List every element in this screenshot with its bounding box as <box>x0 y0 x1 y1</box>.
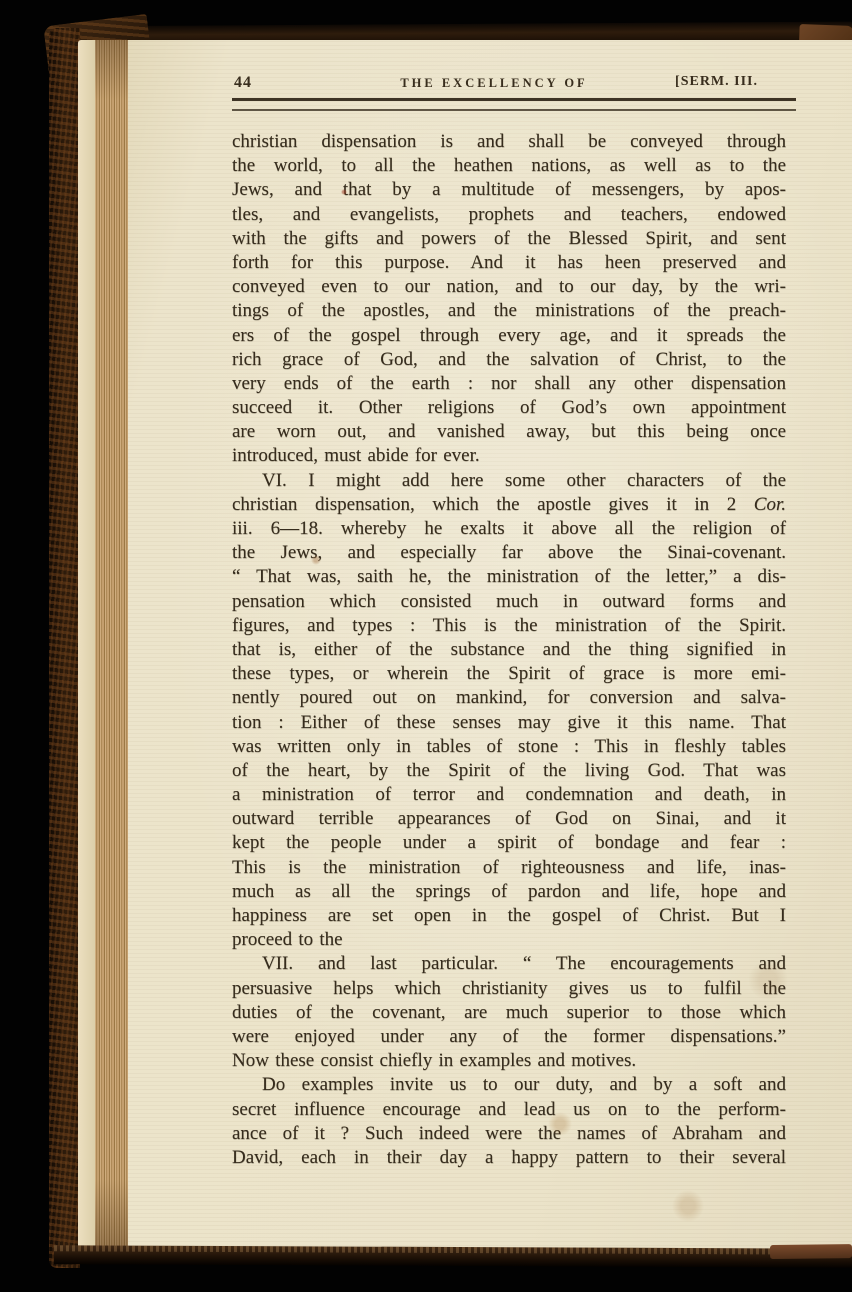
text-line: forth for this purpose. And it has heen … <box>232 251 786 275</box>
text-line: were enjoyed under any of the former dis… <box>232 1025 786 1049</box>
text-line: ance of it ? Such indeed were the names … <box>232 1122 786 1146</box>
text-line: ers of the gospel through every age, and… <box>232 324 786 348</box>
text-line: a ministration of terror and condemnatio… <box>232 783 786 807</box>
text-line: kept the people under a spirit of bondag… <box>232 831 786 855</box>
text-line: much as all the springs of pardon and li… <box>232 880 786 904</box>
text-line: iii. 6—18. whereby he exalts it above al… <box>232 517 786 541</box>
text-line: succeed it. Other religions of God’s own… <box>232 396 786 420</box>
text-line: are worn out, and vanished away, but thi… <box>232 420 786 444</box>
text-line: nently poured out on mankind, for conver… <box>232 686 786 710</box>
text-line: very ends of the earth : nor shall any o… <box>232 372 786 396</box>
text-line: was written only in tables of stone : Th… <box>232 735 786 759</box>
text-line: rich grace of God, and the salvation of … <box>232 348 786 372</box>
book-cover-bottom-edge <box>54 1245 852 1267</box>
page-header: 44 THE EXCELLENCY OF [SERM. III. <box>232 72 796 96</box>
text-line: tles, and evangelists, prophets and teac… <box>232 203 786 227</box>
text-line: VI. I might add here some other characte… <box>232 469 786 493</box>
text-line: the world, to all the heathen nations, a… <box>232 154 786 178</box>
text-line: of the heart, by the Spirit of the livin… <box>232 759 786 783</box>
text-line: with the gifts and powers of the Blessed… <box>232 227 786 251</box>
text-line: VII. and last particular. “ The encourag… <box>232 952 786 976</box>
text-line: conveyed even to our nation, and to our … <box>232 275 786 299</box>
text-line: christian dispensation, which the apostl… <box>232 493 786 517</box>
text-line: these types, or wherein the Spirit of gr… <box>232 662 786 686</box>
text-line: happiness are set open in the gospel of … <box>232 904 786 928</box>
sermon-number-label: [SERM. III. <box>675 74 758 90</box>
text-line: duties of the covenant, are much superio… <box>232 1001 786 1025</box>
text-line: christian dispensation is and shall be c… <box>232 130 786 154</box>
text-line: David, each in their day a happy pattern… <box>232 1146 786 1170</box>
text-line: Jews, and that by a multitude of messeng… <box>232 178 786 202</box>
page-edge-pale-band <box>78 40 95 1252</box>
stacked-page-edges <box>78 40 130 1252</box>
book-cover-bottom-right-leather <box>770 1244 852 1259</box>
scanned-book-photo: 44 THE EXCELLENCY OF [SERM. III. christi… <box>0 0 852 1292</box>
text-line: proceed to the <box>232 928 786 952</box>
text-line: figures, and types : This is the ministr… <box>232 614 786 638</box>
text-line: outward terrible appearances of God on S… <box>232 807 786 831</box>
text-line: the Jews, and especially far above the S… <box>232 541 786 565</box>
text-line: secret influence encourage and lead us o… <box>232 1098 786 1122</box>
book-cover-left-edge <box>49 28 80 1268</box>
text-line: pensation which consisted much in outwar… <box>232 590 786 614</box>
text-line: This is the ministration of righteousnes… <box>232 856 786 880</box>
text-block: christian dispensation is and shall be c… <box>232 130 786 1170</box>
text-line: “ That was, saith he, the ministration o… <box>232 565 786 589</box>
header-double-rule <box>232 98 796 111</box>
page-edge-striations <box>95 40 130 1252</box>
text-line: Do examples invite us to our duty, and b… <box>232 1073 786 1097</box>
text-line: tings of the apostles, and the ministrat… <box>232 299 786 323</box>
text-line: Now these consist chiefly in examples an… <box>232 1049 786 1073</box>
text-line: tion : Either of these senses may give i… <box>232 711 786 735</box>
text-line: persuasive helps which christianity give… <box>232 977 786 1001</box>
book-page: 44 THE EXCELLENCY OF [SERM. III. christi… <box>128 40 852 1250</box>
text-line: that is, either of the substance and the… <box>232 638 786 662</box>
text-line: introduced, must abide for ever. <box>232 444 786 468</box>
